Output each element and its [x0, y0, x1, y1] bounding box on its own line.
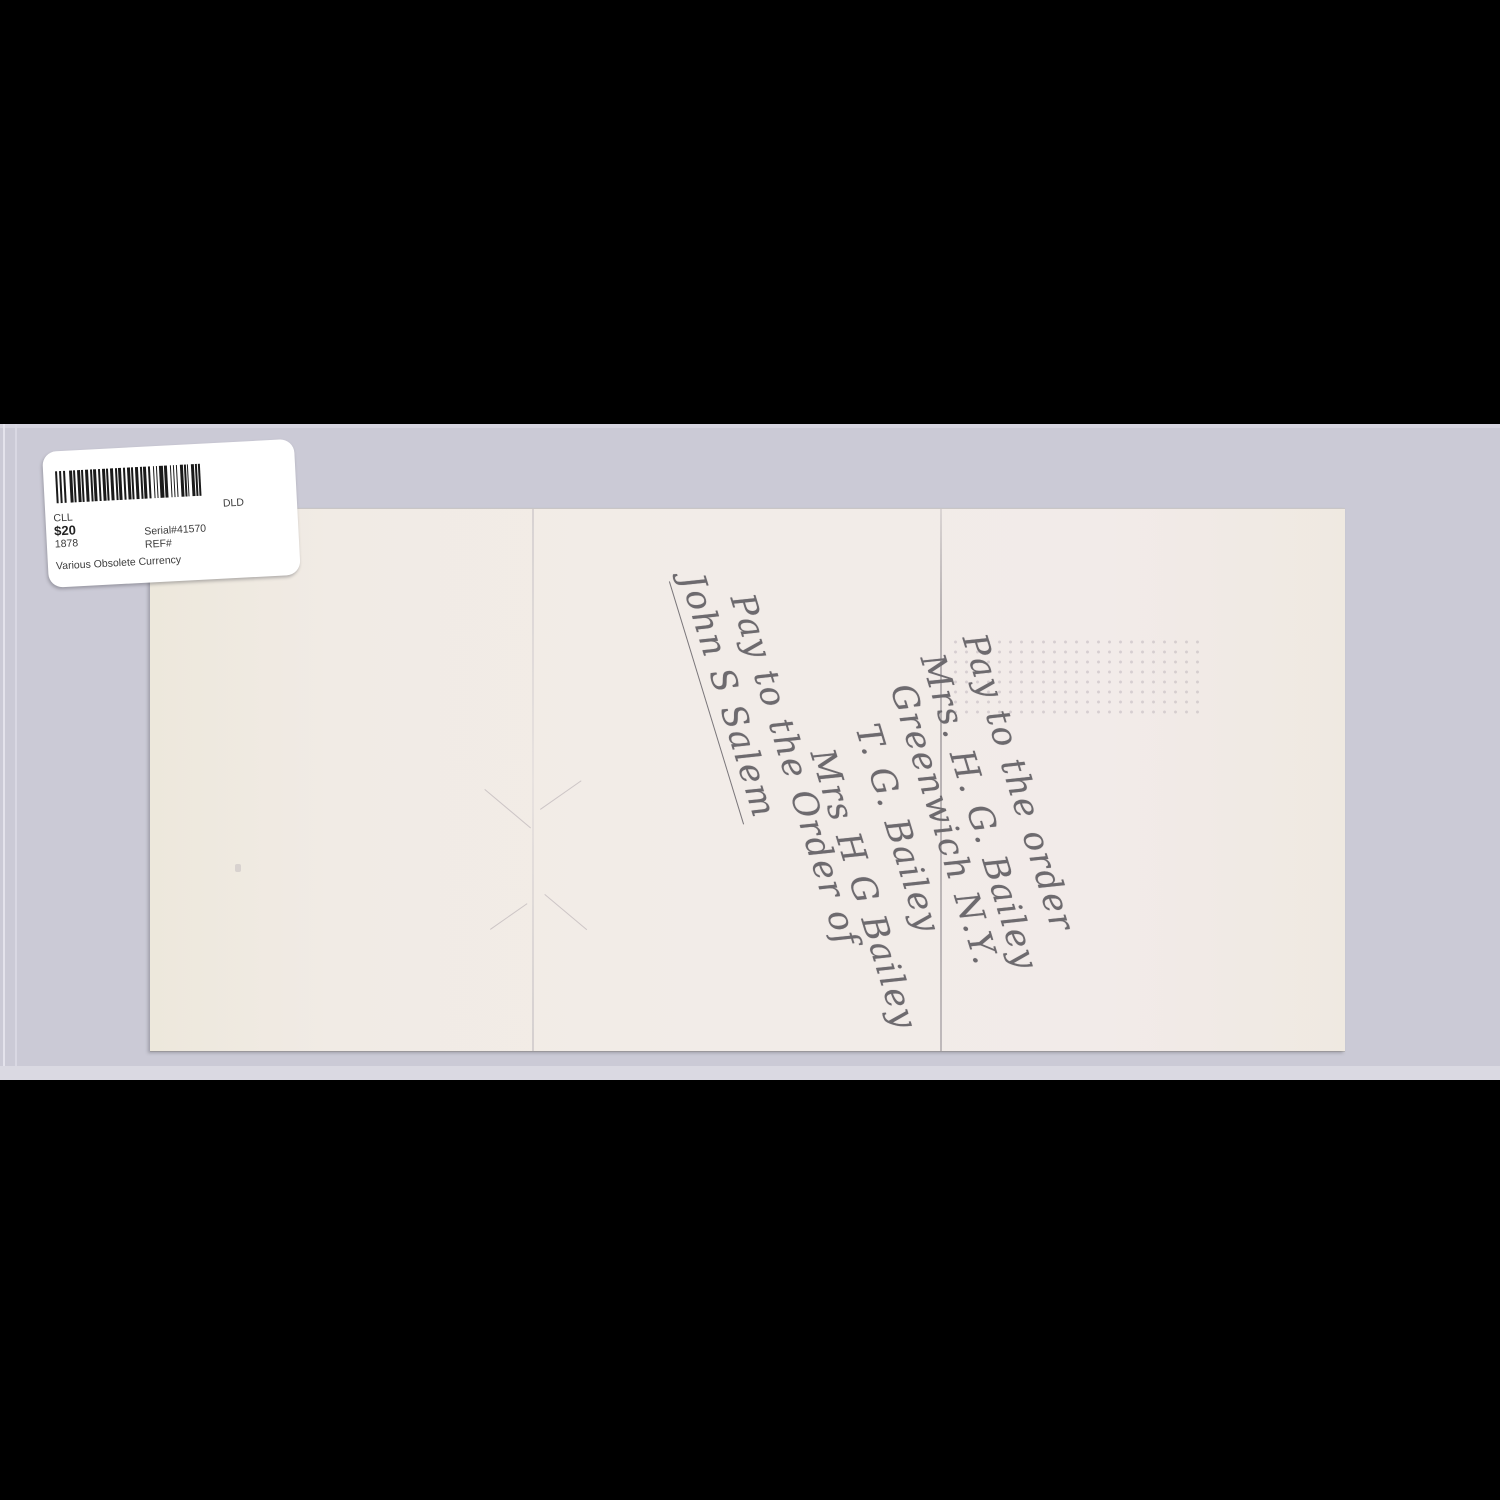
- paper-crease: [484, 789, 531, 828]
- paper-crease: [540, 780, 582, 809]
- label-denomination: $20: [54, 524, 76, 536]
- paper-crease: [544, 894, 587, 930]
- label-code-right: DLD: [223, 498, 245, 510]
- label-category: Various Obsolete Currency: [56, 555, 182, 573]
- endorsement-line: Mrs H G Bailey: [802, 744, 926, 1035]
- endorsement-line: T. G. Bailey: [847, 719, 949, 938]
- handwritten-endorsements: Pay to the order Mrs. H. G. Bailey Green…: [150, 509, 1345, 1051]
- inventory-label: DLD CLL $20 1878 Serial#41570 REF# Vario…: [42, 439, 301, 588]
- label-year: 1878: [55, 538, 79, 550]
- label-serial: Serial#41570: [144, 524, 206, 538]
- fold-line: [532, 509, 534, 1051]
- fold-line: [940, 509, 942, 1051]
- endorsement-line: John S Salem: [669, 569, 784, 824]
- endorsement-line: Pay to the Order of: [722, 589, 868, 952]
- endorsement-line: Greenwich N.Y.: [882, 679, 1006, 970]
- label-ref: REF#: [145, 538, 172, 550]
- currency-note-back: Pay to the order Mrs. H. G. Bailey Green…: [150, 508, 1345, 1051]
- paper-crease: [490, 903, 527, 930]
- holder-seam: [0, 1066, 1500, 1080]
- barcode-icon: [55, 459, 284, 503]
- paper-mark: [235, 864, 241, 872]
- embossed-pattern: [950, 637, 1205, 715]
- holder-edge: [3, 424, 17, 1080]
